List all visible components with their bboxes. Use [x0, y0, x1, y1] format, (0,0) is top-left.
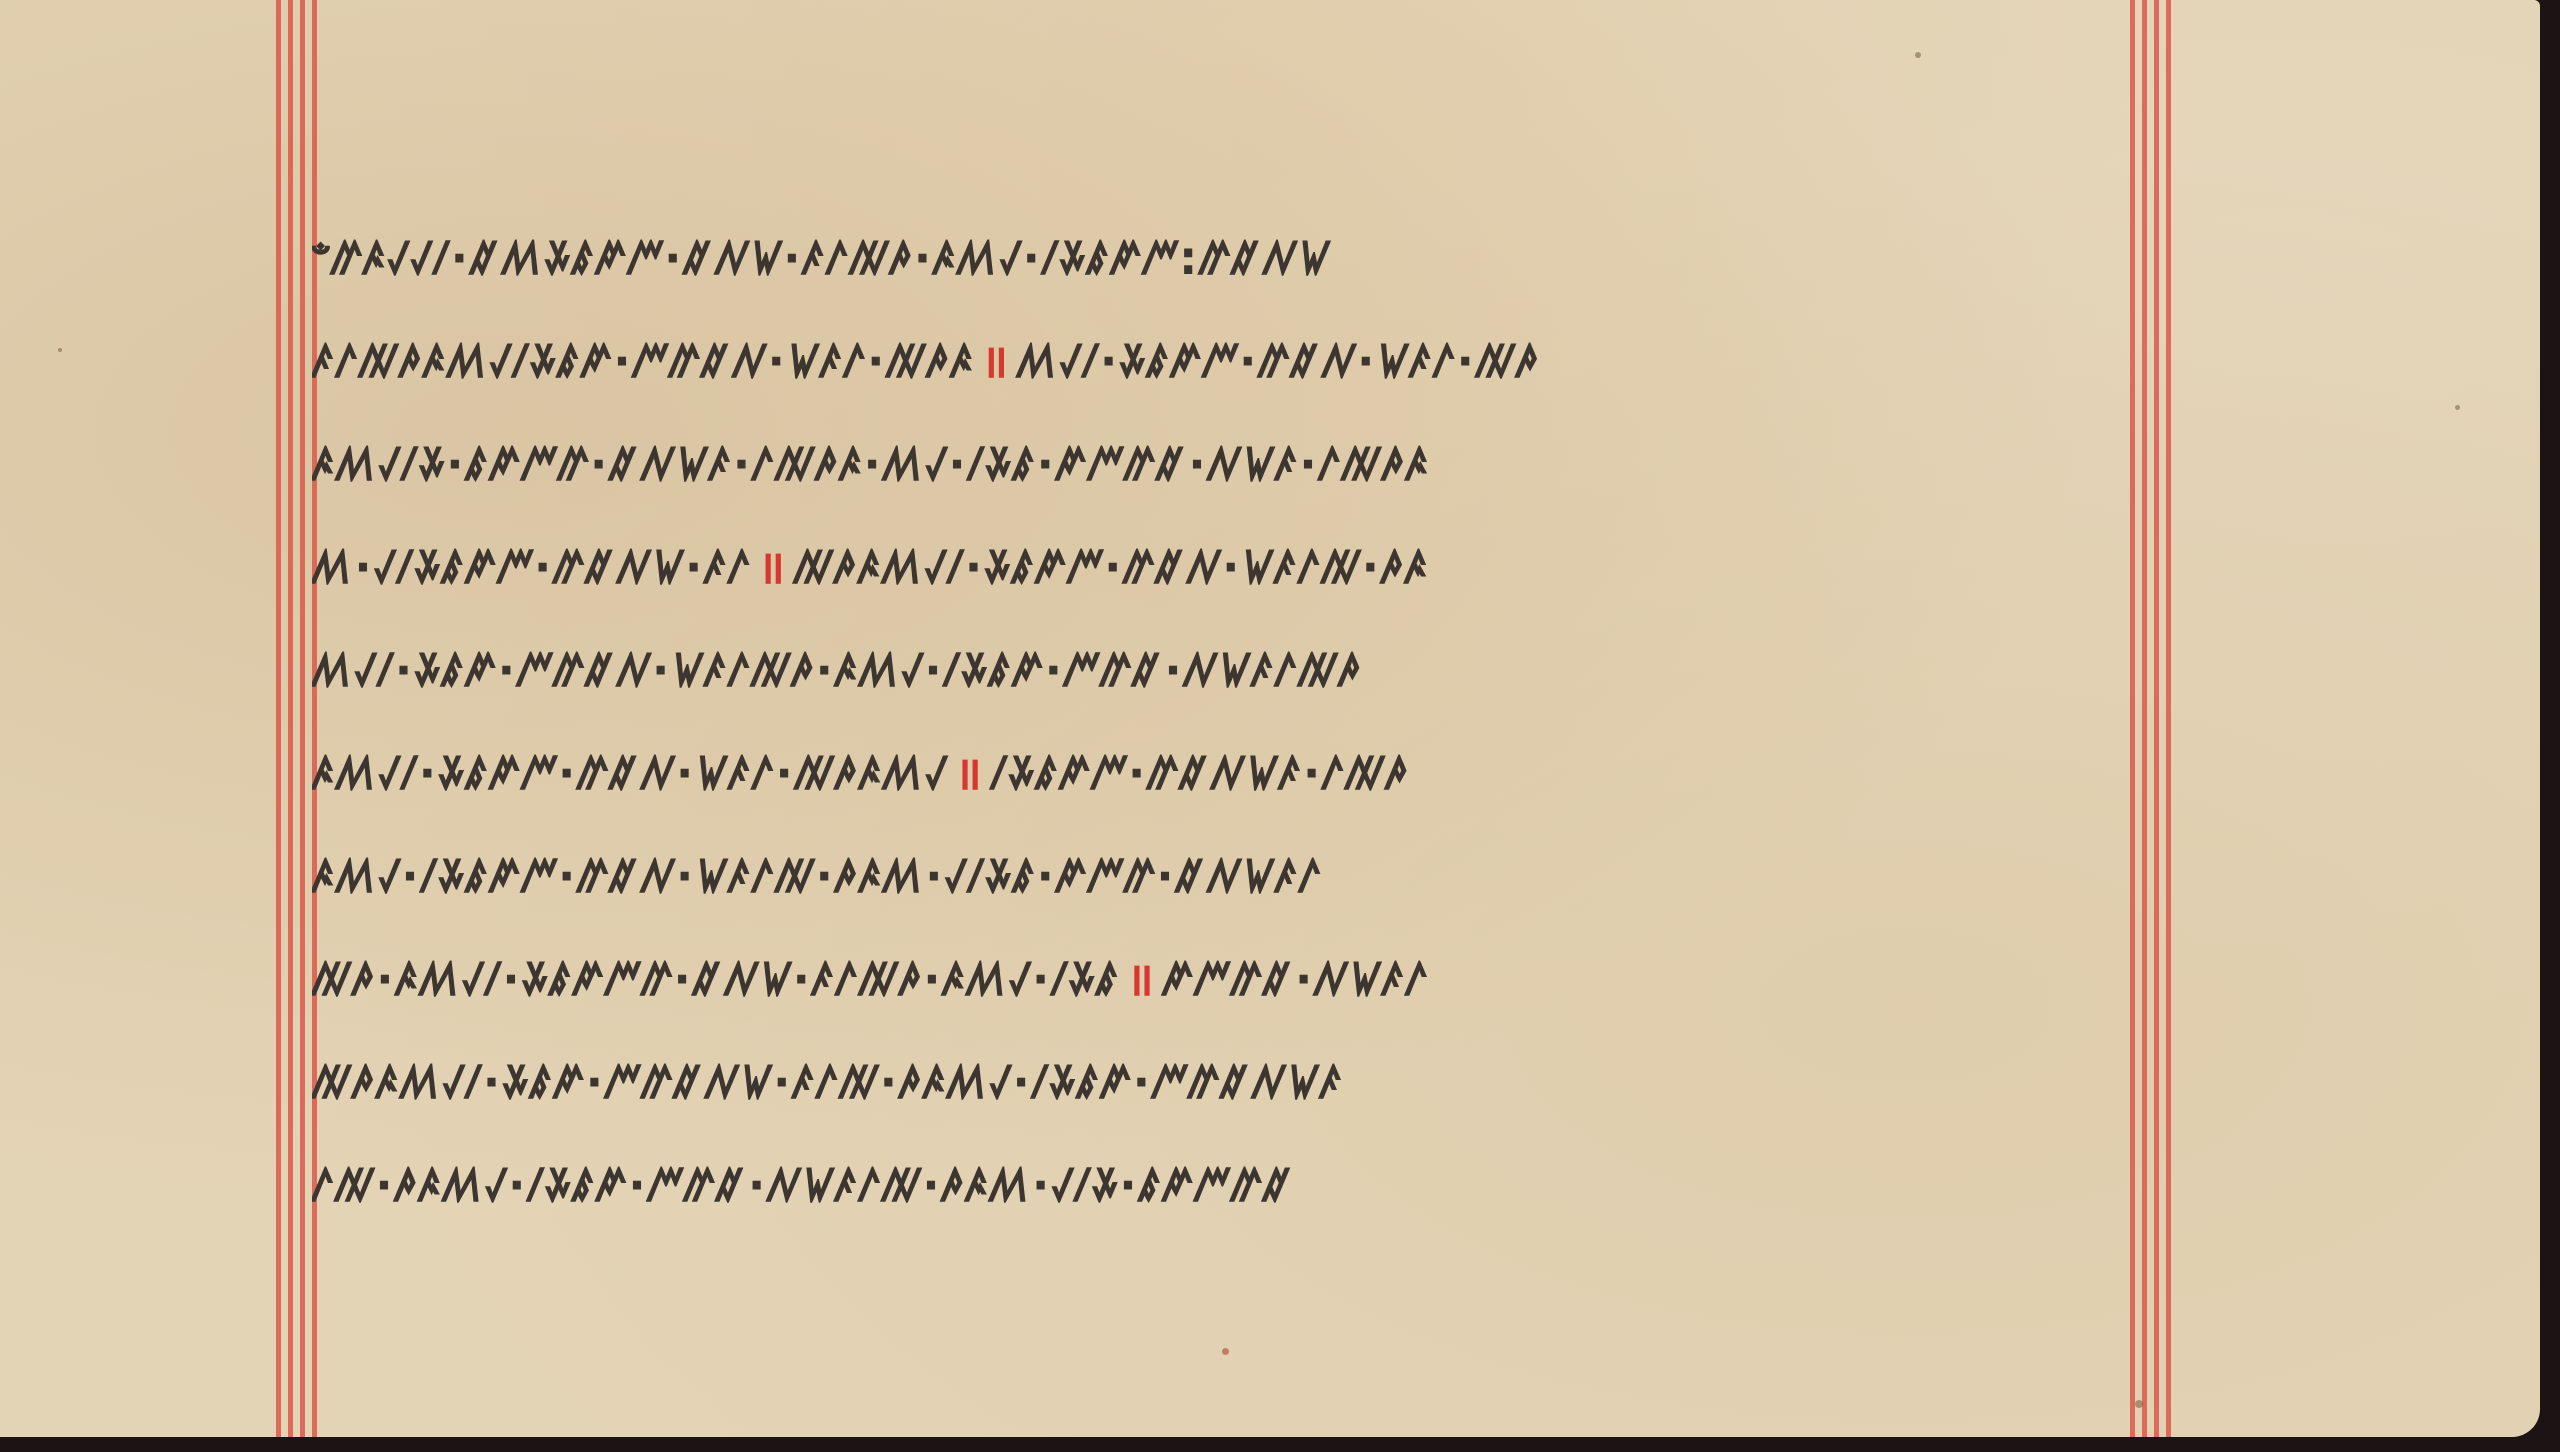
- line-text: ꤲꤳ·ꤴꤵꤶꤷ·ꤸꤹꤺꤻꤼ·ꤽꤾꤿ·ꤰꤱꤲꤳ·ꤴꤵꤶ·ꤷꤸꤹ: [312, 947, 1120, 1009]
- text-line-8: ꤲꤳ·ꤴꤵꤶꤷ·ꤸꤹꤺꤻꤼ·ꤽꤾꤿ·ꤰꤱꤲꤳ·ꤴꤵꤶ·ꤷꤸꤹ ॥ ꤺꤻꤼꤽ·ꤾꤿ…: [312, 926, 2127, 1029]
- text-line-10: ꤱꤲ·ꤳꤴꤵꤶ·ꤷꤸꤹꤺ·ꤻꤼꤽ·ꤾꤿꤰꤱꤲ·ꤳꤴꤵ·ꤶꤷꤸ·ꤹꤺꤻꤼꤽ: [312, 1132, 2127, 1235]
- margin-rule: [276, 0, 281, 1437]
- line-text: ꤲꤳꤴꤵꤶꤷ·ꤸꤹꤺ·ꤻꤼꤽꤾꤿ·ꤰꤱꤲ·ꤳꤴꤵꤶ·ꤷꤸꤹꤺ·ꤻꤼꤽꤾꤿꤰ: [312, 1050, 1344, 1112]
- paper-stain: [1222, 1348, 1229, 1355]
- manuscript-folio: ꣲꤼꤴꤶꤶꤷ·ꤽꤵꤸꤹꤺꤻ·ꤽꤾꤿ·ꤰꤱꤲꤳ·ꤴꤵꤶ·ꤷꤸꤹꤺꤻ:ꤼꤽꤾꤿ ꤰꤱ…: [0, 0, 2540, 1437]
- line-text: ꤵ·ꤶꤷꤸꤹꤺꤻ·ꤼꤽꤾꤿ·ꤰꤱ: [312, 535, 751, 597]
- text-line-9: ꤲꤳꤴꤵꤶꤷ·ꤸꤹꤺ·ꤻꤼꤽꤾꤿ·ꤰꤱꤲ·ꤳꤴꤵꤶ·ꤷꤸꤹꤺ·ꤻꤼꤽꤾꤿꤰ: [312, 1029, 2127, 1132]
- paper-stain: [58, 348, 62, 352]
- red-double-danda: ॥: [757, 535, 788, 597]
- text-block: ꣲꤼꤴꤶꤶꤷ·ꤽꤵꤸꤹꤺꤻ·ꤽꤾꤿ·ꤰꤱꤲꤳ·ꤴꤵꤶ·ꤷꤸꤹꤺꤻ:ꤼꤽꤾꤿ ꤰꤱ…: [312, 205, 2127, 1235]
- text-line-3: ꤴꤵꤶꤷꤸ·ꤹꤺꤻꤼ·ꤽꤾꤿꤰ·ꤱꤲꤳꤴ·ꤵꤶ·ꤷꤸꤹ·ꤺꤻꤼꤽ·ꤾꤿꤰ·ꤱꤲꤳ…: [312, 411, 2127, 514]
- line-text: ꤴꤵꤶꤷꤸ·ꤹꤺꤻꤼ·ꤽꤾꤿꤰ·ꤱꤲꤳꤴ·ꤵꤶ·ꤷꤸꤹ·ꤺꤻꤼꤽ·ꤾꤿꤰ·ꤱꤲꤳ…: [312, 432, 1430, 494]
- text-line-2: ꤰꤱꤲꤳꤴꤵꤶꤷꤸꤹꤺ·ꤻꤼꤽꤾ·ꤿꤰꤱ·ꤲꤳꤴ ॥ ꤵꤶꤷ·ꤸꤹꤺꤻ·ꤼꤽꤾ·…: [312, 308, 2127, 411]
- left-margin-rules: [276, 0, 317, 1437]
- margin-rule: [2142, 0, 2147, 1437]
- line-text: ꤺꤻꤼꤽ·ꤾꤿꤰꤱ: [1163, 947, 1429, 1009]
- right-margin-rules: [2130, 0, 2171, 1437]
- line-text: ꤵꤶꤷ·ꤸꤹꤺꤻ·ꤼꤽꤾ·ꤿꤰꤱ·ꤲꤳ: [1017, 329, 1540, 391]
- text-line-1: ꣲꤼꤴꤶꤶꤷ·ꤽꤵꤸꤹꤺꤻ·ꤽꤾꤿ·ꤰꤱꤲꤳ·ꤴꤵꤶ·ꤷꤸꤹꤺꤻ:ꤼꤽꤾꤿ: [312, 205, 2127, 308]
- line-text: ꤵꤶꤷ·ꤸꤹꤺ·ꤻꤼꤽꤾ·ꤿꤰꤱꤲꤳ·ꤴꤵꤶ·ꤷꤸꤹꤺ·ꤻꤼꤽ·ꤾꤿꤰꤱꤲꤳ: [312, 638, 1362, 700]
- line-text: ꤴꤵꤶ·ꤷꤸꤹꤺꤻ·ꤼꤽꤾ·ꤿꤰꤱꤲ·ꤳꤴꤵ·ꤶꤷꤸꤹ·ꤺꤻꤼ·ꤽꤾꤿꤰꤱ: [312, 844, 1322, 906]
- text-line-5: ꤵꤶꤷ·ꤸꤹꤺ·ꤻꤼꤽꤾ·ꤿꤰꤱꤲꤳ·ꤴꤵꤶ·ꤷꤸꤹꤺ·ꤻꤼꤽ·ꤾꤿꤰꤱꤲꤳ: [312, 617, 2127, 720]
- red-double-danda: ॥: [981, 329, 1012, 391]
- line-text: ꤷꤸꤹꤺꤻ·ꤼꤽꤾꤿꤰ·ꤱꤲꤳ: [991, 741, 1410, 803]
- text-line-4: ꤵ·ꤶꤷꤸꤹꤺꤻ·ꤼꤽꤾꤿ·ꤰꤱ ॥ ꤲꤳꤴꤵꤶꤷ·ꤸꤹꤺꤻ·ꤼꤽꤾ·ꤿꤰꤱꤲ·…: [312, 514, 2127, 617]
- text-line-7: ꤴꤵꤶ·ꤷꤸꤹꤺꤻ·ꤼꤽꤾ·ꤿꤰꤱꤲ·ꤳꤴꤵ·ꤶꤷꤸꤹ·ꤺꤻꤼ·ꤽꤾꤿꤰꤱ: [312, 823, 2127, 926]
- margin-rule: [300, 0, 305, 1437]
- red-double-danda: ॥: [1126, 947, 1157, 1009]
- line-text: ꤴꤵꤶꤷ·ꤸꤹꤺꤻ·ꤼꤽꤾ·ꤿꤰꤱ·ꤲꤳꤴꤵꤶ: [312, 741, 948, 803]
- line-text: ꤲꤳꤴꤵꤶꤷ·ꤸꤹꤺꤻ·ꤼꤽꤾ·ꤿꤰꤱꤲ·ꤳꤴ: [794, 535, 1429, 597]
- line-text: ꣲꤼꤴꤶꤶꤷ·ꤽꤵꤸꤹꤺꤻ·ꤽꤾꤿ·ꤰꤱꤲꤳ·ꤴꤵꤶ·ꤷꤸꤹꤺꤻ:ꤼꤽꤾꤿ: [312, 226, 1331, 288]
- margin-rule: [2154, 0, 2159, 1437]
- red-double-danda: ॥: [954, 741, 985, 803]
- margin-rule: [2130, 0, 2135, 1437]
- margin-rule: [2166, 0, 2171, 1437]
- line-text: ꤱꤲ·ꤳꤴꤵꤶ·ꤷꤸꤹꤺ·ꤻꤼꤽ·ꤾꤿꤰꤱꤲ·ꤳꤴꤵ·ꤶꤷꤸ·ꤹꤺꤻꤼꤽ: [312, 1153, 1295, 1215]
- margin-rule: [288, 0, 293, 1437]
- paper-stain: [2135, 1400, 2143, 1408]
- line-text: ꤰꤱꤲꤳꤴꤵꤶꤷꤸꤹꤺ·ꤻꤼꤽꤾ·ꤿꤰꤱ·ꤲꤳꤴ: [312, 329, 975, 391]
- text-line-6: ꤴꤵꤶꤷ·ꤸꤹꤺꤻ·ꤼꤽꤾ·ꤿꤰꤱ·ꤲꤳꤴꤵꤶ ॥ ꤷꤸꤹꤺꤻ·ꤼꤽꤾꤿꤰ·ꤱꤲ…: [312, 720, 2127, 823]
- paper-stain: [2455, 405, 2460, 410]
- paper-stain: [1915, 52, 1921, 58]
